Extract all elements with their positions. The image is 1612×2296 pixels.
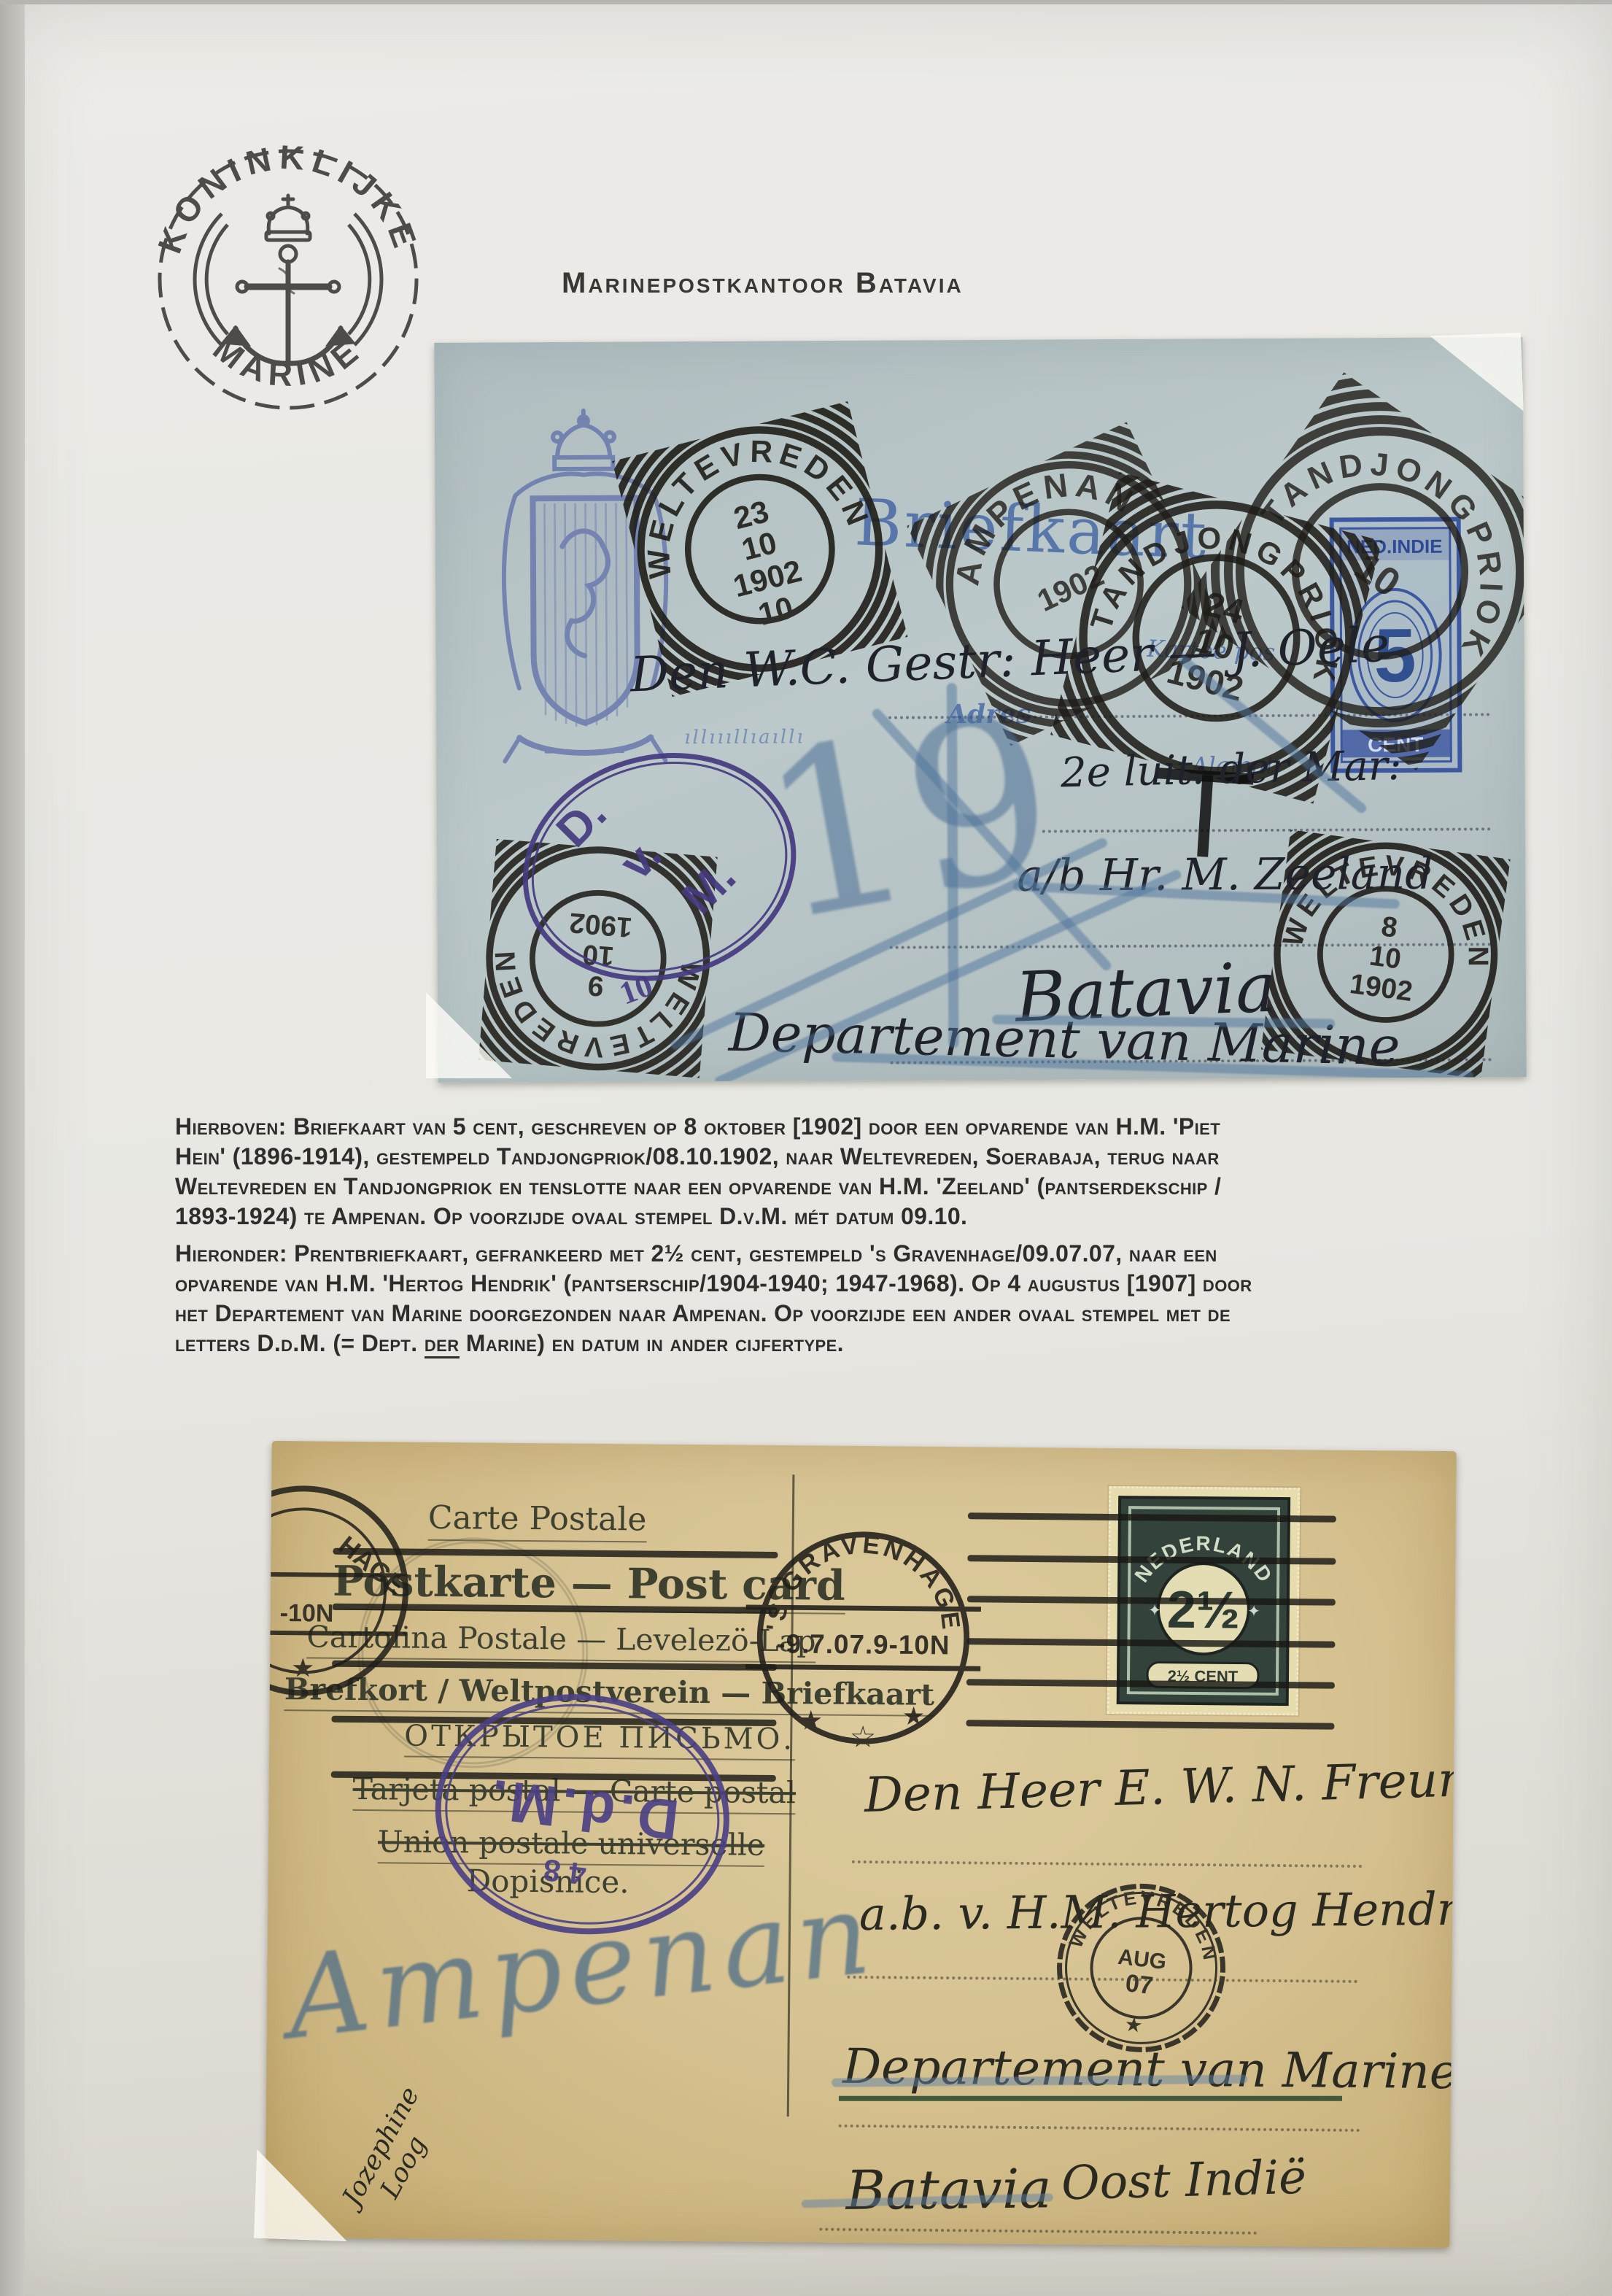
- scan-edge: [0, 0, 25, 2296]
- postmark-gravenhage-partial: HAGE -10N ★: [265, 1480, 414, 1701]
- svg-text:'S GRAVENHAGE: 'S GRAVENHAGE: [762, 1529, 966, 1634]
- address-line: [852, 1860, 1363, 1868]
- caption-line: Hieronder: Prentbriefkaart, gefrankeerd …: [175, 1239, 1252, 1269]
- svg-text:★: ★: [902, 1702, 926, 1731]
- handwriting-line: Oost Indië: [1061, 2151, 1307, 2211]
- oval-ddm-text: D.d.M.: [484, 1767, 682, 1852]
- caption-line: het Departement van Marine doorgezonden …: [175, 1299, 1252, 1329]
- address-line: [1042, 827, 1491, 832]
- caption-line: opvarende van H.M. 'Hertog Hendrik' (pan…: [175, 1269, 1252, 1299]
- svg-text:★: ★: [1123, 2012, 1144, 2037]
- postcard-1: Briefkaart Kartoe pos Adres Alamat ıllıı…: [434, 337, 1526, 1083]
- handwriting-line: Batavia: [845, 2157, 1052, 2222]
- postcard-2: Carte Postale Postkarte — Post card Cart…: [265, 1441, 1456, 2248]
- address-line: [819, 2228, 1257, 2235]
- handwriting-line: 2e luit: der Mar:: [1060, 742, 1402, 797]
- language-line: Carte Postale: [428, 1499, 647, 1543]
- handwriting-line: a.b. v. H.M. Hertog Hendrik: [859, 1882, 1456, 1941]
- page-title: Marinepostkantoor Batavia: [562, 267, 964, 300]
- caption-line: 1893-1924) te Ampenan. Op voorzijde ovaa…: [175, 1202, 1221, 1232]
- navy-logo: KONINKLIJKE MARINE: [150, 123, 427, 436]
- caption-below: Hieronder: Prentbriefkaart, gefrankeerd …: [175, 1239, 1252, 1358]
- svg-text:AUG: AUG: [1117, 1945, 1168, 1974]
- ink-note: Jozephine Loog: [337, 2082, 452, 2225]
- svg-text:M.: M.: [672, 850, 745, 924]
- svg-text:v.: v.: [609, 827, 671, 889]
- svg-text:1902: 1902: [1348, 968, 1414, 1008]
- svg-text:8: 8: [1379, 911, 1399, 944]
- postmark-gravenhage: 'S GRAVENHAGE -9.7.07.9-10N ★ ☆ ★: [742, 1517, 985, 1760]
- oval-ddm-date: 4 8: [541, 1852, 587, 1891]
- cancel-time: -9.7.07.9-10N: [776, 1628, 950, 1660]
- svg-text:★: ★: [291, 1653, 315, 1682]
- svg-text:★: ★: [799, 1705, 823, 1735]
- cancel-city-fragment: HAGE: [333, 1530, 411, 1601]
- caption-above: Hierboven: Briefkaart van 5 cent, geschr…: [175, 1112, 1221, 1232]
- crayon-stroke: [947, 683, 959, 1048]
- address-line: [839, 2125, 1360, 2132]
- svg-text:10: 10: [755, 591, 797, 633]
- album-page: { "page": { "title": "Marinepostkantoor …: [0, 0, 1612, 2296]
- cancel-time-fragment: -10N: [280, 1599, 334, 1628]
- handwriting-line: Departement van Marine: [842, 2038, 1457, 2100]
- caption-line: letters D.d.M. (= Dept. der Marine) en d…: [175, 1329, 1252, 1358]
- oval-dvm-text: D.: [546, 786, 616, 857]
- svg-text:10: 10: [1368, 940, 1403, 975]
- svg-text:07: 07: [1124, 1969, 1155, 2000]
- crayon-number: 19: [747, 681, 1071, 956]
- underlined-word: der: [425, 1330, 460, 1358]
- svg-text:10: 10: [1347, 544, 1408, 606]
- stamp2-value: 2½: [1166, 1581, 1240, 1640]
- caption-line: Hein' (1896-1914), gestempeld Tandjongpr…: [175, 1142, 1221, 1172]
- cancel-bar: [966, 1720, 1334, 1729]
- crown-icon: [266, 196, 310, 240]
- svg-text:☆: ☆: [850, 1720, 877, 1753]
- ink-strike: [839, 2096, 1342, 2101]
- caption-line: Hierboven: Briefkaart van 5 cent, geschr…: [175, 1112, 1221, 1142]
- handwriting-line: Den Heer E. W. N. Freund: [864, 1750, 1457, 1823]
- caption-line: Weltevreden en Tandjongpriok en tenslott…: [175, 1172, 1221, 1202]
- scan-edge-top: [0, 0, 1612, 4]
